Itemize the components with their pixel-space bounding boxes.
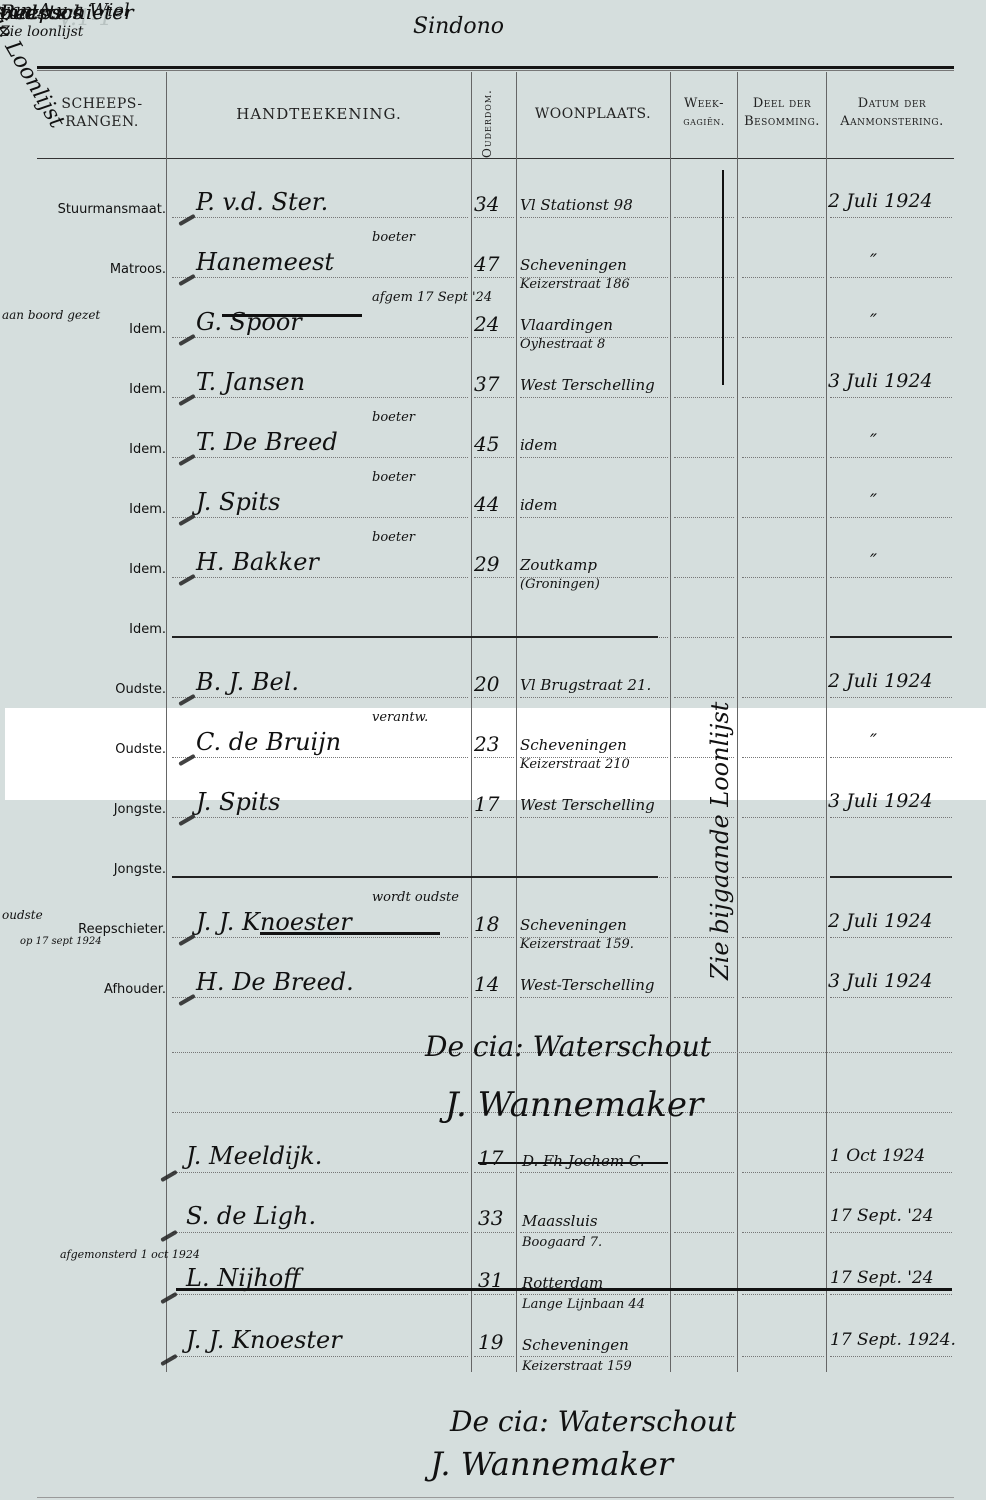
residence-value-2: Keizerstraat 210 <box>520 756 630 774</box>
share-line <box>742 397 824 398</box>
header-date: Datum der Aanmonstering. <box>827 95 957 131</box>
date-line <box>830 997 952 998</box>
age-value: 37 <box>474 372 499 396</box>
signature-note: wordt oudste <box>372 890 459 905</box>
check-mark-icon <box>178 274 196 286</box>
wages-line <box>674 637 734 638</box>
age-line <box>474 397 514 398</box>
age-line <box>474 277 514 278</box>
share-line <box>742 517 824 518</box>
date-value: ″ <box>870 250 877 272</box>
age-line <box>474 457 514 458</box>
residence-line <box>520 397 668 398</box>
share-line <box>742 637 824 638</box>
header-date-line2: Aanmonstering. <box>827 113 957 131</box>
rank-note-2: op 17 sept 1924 <box>20 936 102 947</box>
top-rule-thin <box>37 70 954 71</box>
residence-line <box>520 217 668 218</box>
residence-line <box>520 1232 668 1233</box>
rank-note: oudste <box>2 908 43 922</box>
signature-note: boeter <box>372 530 415 545</box>
signature-line <box>172 1294 468 1295</box>
strike-through <box>478 1162 668 1164</box>
share-line <box>742 1356 824 1357</box>
date-value: ″ <box>870 550 877 572</box>
share-line <box>742 1232 824 1233</box>
age-line <box>474 997 514 998</box>
age-value: 18 <box>474 912 499 936</box>
rank-note: afgemonsterd 1 oct 1924 <box>60 1248 200 1261</box>
age-line <box>474 1294 514 1295</box>
share-line <box>742 697 824 698</box>
empty-row-rule <box>172 876 658 878</box>
date-value: 2 Juli 1924 <box>828 670 933 692</box>
empty-row-rule <box>830 876 952 878</box>
date-line <box>830 817 952 818</box>
age-value: 34 <box>474 192 499 216</box>
age-value: 29 <box>474 552 499 576</box>
residence-value-2: Boogaard 7. <box>522 1234 602 1252</box>
date-line <box>830 1172 952 1173</box>
residence-value: Scheveningen <box>520 916 627 934</box>
date-line <box>830 757 952 758</box>
residence-value: West Terschelling <box>520 376 655 394</box>
share-line <box>742 1172 824 1173</box>
residence-line <box>520 517 668 518</box>
date-value: 2 Juli 1924 <box>828 910 933 932</box>
age-value: 44 <box>474 492 499 516</box>
residence-value-2: Keizerstraat 186 <box>520 276 630 294</box>
empty-row-rule <box>830 636 952 638</box>
signature-line <box>172 937 468 938</box>
rank-note: aan boord gezet <box>2 308 100 322</box>
share-line <box>742 1294 824 1295</box>
rank-label: Idem. <box>8 562 166 577</box>
signature: J. Spits <box>196 788 280 816</box>
rank-label: Jongste. <box>8 862 166 877</box>
signature-line <box>172 277 468 278</box>
col-divider <box>737 72 738 1372</box>
header-date-line1: Datum der <box>827 95 957 113</box>
age-line <box>474 1172 514 1173</box>
signature: T. De Breed <box>196 428 338 456</box>
date-value: 17 Sept. '24 <box>830 1268 934 1288</box>
wages-bracket-line <box>722 170 724 385</box>
closing-signature-1: J. Wannemaker <box>445 1085 703 1125</box>
header-signature: HANDTEEKENING. <box>168 105 470 123</box>
residence-line <box>520 697 668 698</box>
residence-value: Vl Brugstraat 21. <box>520 676 651 694</box>
age-line <box>474 937 514 938</box>
share-line <box>742 997 824 998</box>
residence-line <box>520 997 668 998</box>
share-line <box>742 217 824 218</box>
date-value: ″ <box>870 430 877 452</box>
age-line <box>474 517 514 518</box>
col-divider <box>471 72 472 1372</box>
share-line <box>742 757 824 758</box>
signature: P. v.d. Ster. <box>196 188 328 216</box>
wages-line <box>674 397 734 398</box>
date-line <box>830 577 952 578</box>
check-mark-icon <box>178 994 196 1006</box>
date-value: 17 Sept. 1924. <box>830 1330 956 1350</box>
strike-through <box>260 932 440 935</box>
residence-value-2: Lange Lijnbaan 44 <box>522 1296 645 1314</box>
date-value: 3 Juli 1924 <box>828 370 933 392</box>
age-value: 20 <box>474 672 499 696</box>
signature-line <box>172 337 468 338</box>
wages-line <box>674 337 734 338</box>
date-line <box>830 397 952 398</box>
residence-value: Scheveningen <box>522 1336 629 1354</box>
wages-line <box>674 1232 734 1233</box>
age-value: 17 <box>478 1146 503 1170</box>
wages-line <box>674 1294 734 1295</box>
empty-row-rule <box>172 636 658 638</box>
date-line <box>830 697 952 698</box>
signature: J. J. Knoester <box>186 1326 342 1354</box>
check-mark-icon <box>178 214 196 226</box>
wages-line <box>674 577 734 578</box>
date-line <box>830 1232 952 1233</box>
wages-line <box>674 517 734 518</box>
rank-label: Idem. <box>8 442 166 457</box>
signature-line <box>172 997 468 998</box>
residence-line <box>520 1356 668 1357</box>
share-line <box>742 337 824 338</box>
date-line <box>830 337 952 338</box>
residence-value-2: Keizerstraat 159 <box>522 1358 632 1376</box>
residence-value: Zoutkamp <box>520 556 597 574</box>
closing-title-1: De cia: Waterschout <box>425 1030 711 1063</box>
bottom-rule <box>37 1497 954 1498</box>
residence-value: Vlaardingen <box>520 316 613 334</box>
wages-line <box>674 697 734 698</box>
rank-label: Jongste. <box>8 802 166 817</box>
date-line <box>830 277 952 278</box>
date-value: 17 Sept. '24 <box>830 1206 934 1226</box>
signature-line <box>172 1232 468 1233</box>
residence-value-2: Oyhestraat 8 <box>520 336 605 354</box>
share-line <box>742 817 824 818</box>
age-value: 47 <box>474 252 499 276</box>
wages-line <box>674 277 734 278</box>
header-share: Deel der Besomming. <box>738 95 826 131</box>
header-age: Ouderdom. <box>480 89 494 158</box>
header-wages-line2: gagiën. <box>672 113 736 131</box>
date-line <box>830 937 952 938</box>
col-divider <box>826 72 827 1372</box>
rank-label: Idem. <box>8 502 166 517</box>
signature-line <box>172 217 468 218</box>
header-wages: Week- gagiën. <box>672 95 736 131</box>
check-mark-icon <box>178 574 196 586</box>
age-line <box>474 817 514 818</box>
signature-line <box>172 697 468 698</box>
rank-label: Stuurmansmaat. <box>8 202 166 217</box>
age-line <box>474 1232 514 1233</box>
header-rule <box>37 158 954 159</box>
check-mark-icon <box>178 394 196 406</box>
date-line <box>830 1294 952 1295</box>
age-value: 23 <box>474 732 499 756</box>
header-wages-line1: Week- <box>672 95 736 113</box>
col-divider <box>516 72 517 1372</box>
check-mark-icon <box>178 514 196 526</box>
residence-line <box>520 1294 668 1295</box>
age-value: 45 <box>474 432 499 456</box>
wages-line <box>674 457 734 458</box>
signature: G. Spoor <box>196 308 302 336</box>
header-share-line2: Besomming. <box>738 113 826 131</box>
date-line <box>830 217 952 218</box>
age-value: 24 <box>474 312 499 336</box>
age-line <box>474 757 514 758</box>
age-line <box>474 217 514 218</box>
residence-value: D. Fh Jochem C. <box>522 1152 645 1170</box>
rank-label: Oudste. <box>8 682 166 697</box>
date-value: ″ <box>870 310 877 332</box>
date-value: 3 Juli 1924 <box>828 970 933 992</box>
signature-note: afgem 17 Sept '24 <box>372 290 492 305</box>
age-value: 33 <box>478 1206 503 1230</box>
closing-title-2: De cia: Waterschout <box>450 1405 736 1438</box>
residence-value: idem <box>520 436 558 454</box>
date-value: 3 Juli 1924 <box>828 790 933 812</box>
signature-line <box>172 1356 468 1357</box>
header-residence: WOONPLAATS. <box>518 105 668 123</box>
age-value: 17 <box>474 792 499 816</box>
rank-label: Idem. <box>8 622 166 637</box>
share-line <box>742 937 824 938</box>
date-value: 2 Juli 1924 <box>828 190 933 212</box>
wages-line <box>674 997 734 998</box>
signature: H. De Breed. <box>196 968 354 996</box>
age-value: 14 <box>474 972 499 996</box>
check-mark-icon <box>160 1292 178 1304</box>
check-mark-icon <box>178 454 196 466</box>
rank-label: Idem. <box>8 382 166 397</box>
closing-signature-2: J. Wannemaker <box>430 1445 673 1483</box>
date-line <box>830 517 952 518</box>
top-rule <box>37 66 954 69</box>
residence-line <box>520 817 668 818</box>
check-mark-icon <box>178 814 196 826</box>
rank-label: Idem. <box>8 322 166 337</box>
rank-label: Oudste. <box>8 742 166 757</box>
strike-through <box>222 314 362 317</box>
signature-line <box>172 517 468 518</box>
date-value: ″ <box>870 490 877 512</box>
age-line <box>474 337 514 338</box>
share-line <box>742 277 824 278</box>
residence-value: Scheveningen <box>520 736 627 754</box>
wages-vertical-note: Zie bijgaande Loonlijst <box>706 702 734 980</box>
signature-line <box>172 817 468 818</box>
share-line <box>742 877 824 878</box>
age-line <box>474 1356 514 1357</box>
signature: S. de Ligh. <box>186 1202 316 1230</box>
check-mark-icon <box>160 1170 178 1182</box>
check-mark-icon <box>178 694 196 706</box>
signature: B. J. Bel. <box>196 668 299 696</box>
residence-value: Vl Stationst 98 <box>520 196 633 214</box>
signature-note: boeter <box>372 230 415 245</box>
header-share-line1: Deel der <box>738 95 826 113</box>
signature: J. Meeldijk. <box>186 1142 322 1170</box>
strike-through <box>176 1288 952 1291</box>
residence-line <box>520 457 668 458</box>
residence-value: West-Terschelling <box>520 976 655 994</box>
signature-note: boeter <box>372 410 415 425</box>
age-value: 19 <box>478 1330 503 1354</box>
date-value: 1 Oct 1924 <box>830 1146 925 1166</box>
wages-line <box>674 1356 734 1357</box>
signature-note: boeter <box>372 470 415 485</box>
ship-name: Sindono <box>413 14 504 39</box>
residence-value: Scheveningen <box>520 256 627 274</box>
signature: Hanemeest <box>196 248 334 276</box>
residence-value: West Terschelling <box>520 796 655 814</box>
wages-line <box>674 1172 734 1173</box>
check-mark-icon <box>160 1230 178 1242</box>
check-mark-icon <box>160 1354 178 1366</box>
age-line <box>474 697 514 698</box>
residence-value: idem <box>520 496 558 514</box>
residence-value: Maassluis <box>522 1212 598 1230</box>
check-mark-icon <box>178 934 196 946</box>
date-value: ″ <box>870 730 877 752</box>
signature-line <box>172 1172 468 1173</box>
signature-line <box>172 457 468 458</box>
signature: C. de Bruijn <box>196 728 341 756</box>
residence-line <box>520 1172 668 1173</box>
residence-value-2: (Groningen) <box>520 576 600 594</box>
wages-line <box>674 217 734 218</box>
date-line <box>830 1356 952 1357</box>
residence-value-2: Keizerstraat 159. <box>520 936 634 954</box>
share-line <box>742 577 824 578</box>
rank-label: Afhouder. <box>8 982 166 997</box>
share-line <box>742 457 824 458</box>
col-divider <box>670 72 671 1372</box>
rank-label: Reepschieter. <box>8 922 166 937</box>
date-line <box>830 457 952 458</box>
age-line <box>474 577 514 578</box>
